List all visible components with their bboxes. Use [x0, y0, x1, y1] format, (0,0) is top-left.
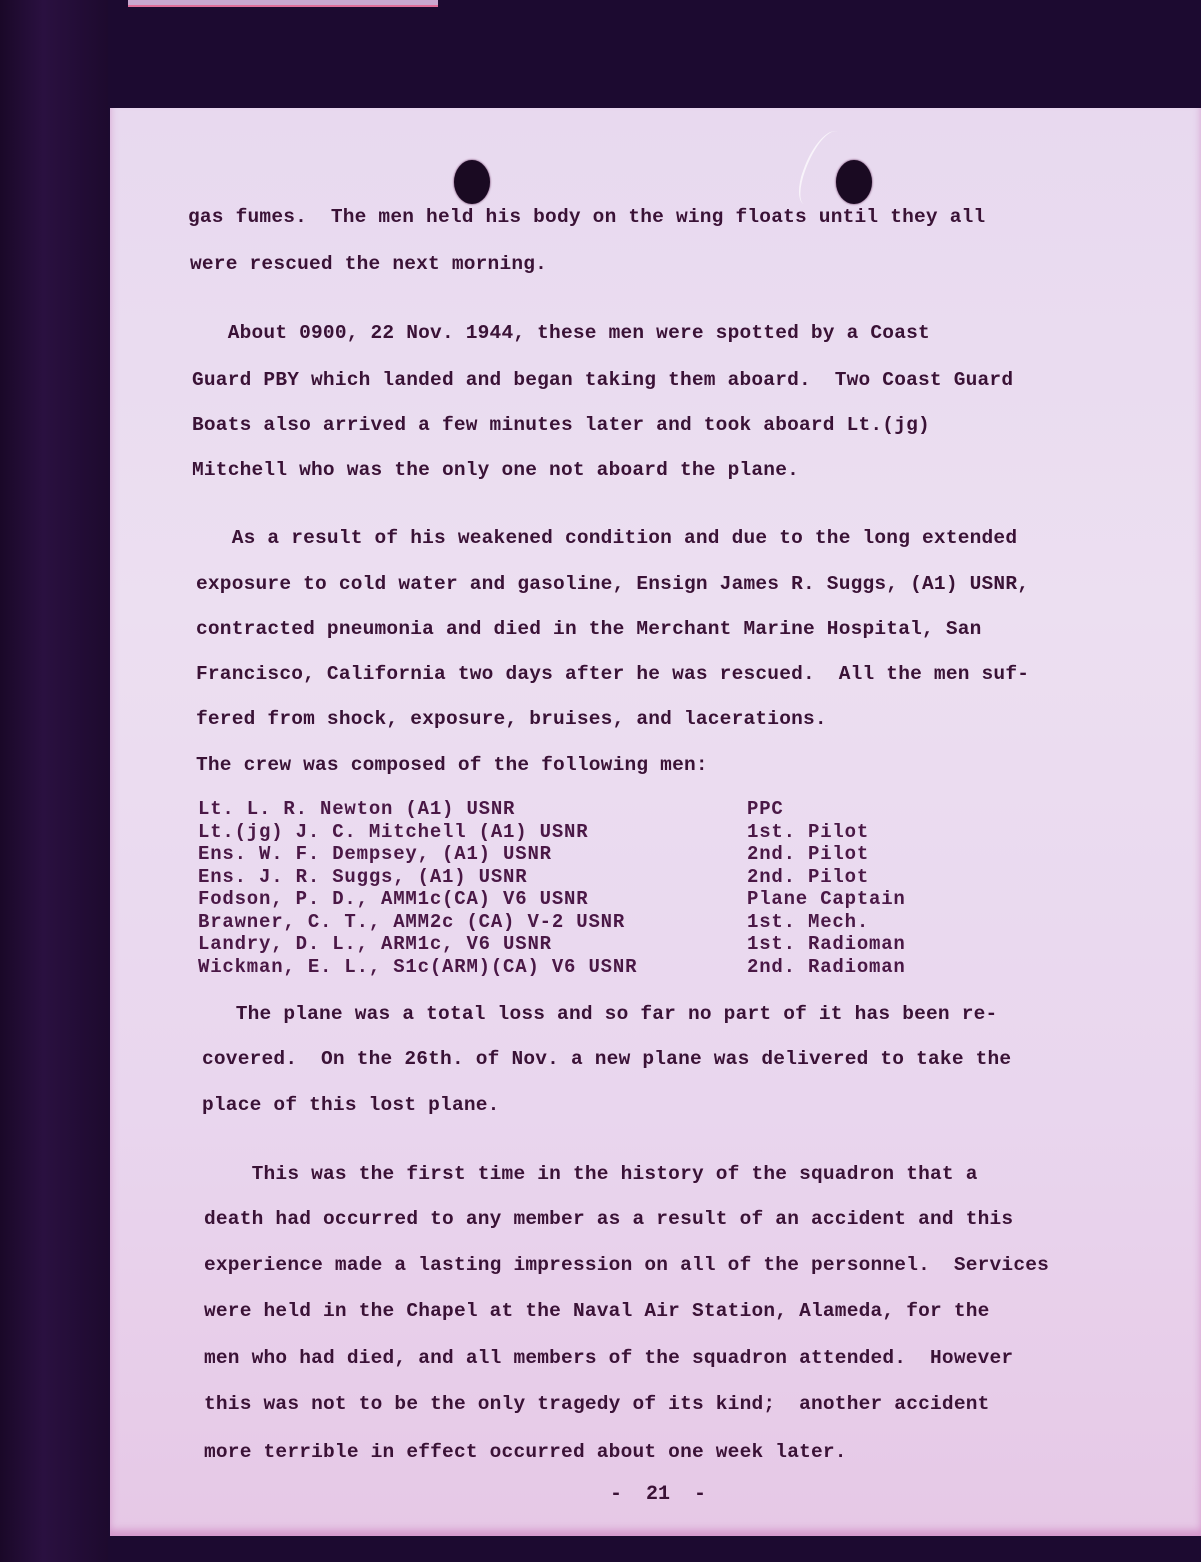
text-line: covered. On the 26th. of Nov. a new plan…	[202, 1048, 1011, 1070]
crew-role: 2nd. Pilot	[747, 843, 869, 866]
crew-role: 2nd. Pilot	[747, 866, 869, 889]
text-line: Mitchell who was the only one not aboard…	[192, 459, 799, 481]
text-line: men who had died, and all members of the…	[204, 1347, 1013, 1369]
text-line: death had occurred to any member as a re…	[204, 1208, 1013, 1230]
film-edge-strip	[128, 0, 438, 7]
crew-role: 1st. Radioman	[747, 933, 906, 956]
text-line: experience made a lasting impression on …	[204, 1254, 1049, 1276]
crew-name: Brawner, C. T., AMM2c (CA) V-2 USNR	[198, 911, 625, 934]
text-line: Guard PBY which landed and began taking …	[192, 369, 1013, 391]
text-line: were held in the Chapel at the Naval Air…	[204, 1300, 990, 1322]
text-line: were rescued the next morning.	[190, 253, 547, 275]
crew-role: 1st. Pilot	[747, 821, 869, 844]
text-line: Francisco, California two days after he …	[196, 663, 1029, 685]
text-line: contracted pneumonia and died in the Mer…	[196, 618, 982, 640]
crew-name: Lt. L. R. Newton (A1) USNR	[198, 798, 515, 821]
text-line: fered from shock, exposure, bruises, and…	[196, 708, 827, 730]
punch-hole-left	[454, 160, 490, 204]
crew-name: Lt.(jg) J. C. Mitchell (A1) USNR	[198, 821, 588, 844]
body-text: gas fumes. The men held his body on the …	[110, 108, 158, 680]
crew-role: 1st. Mech.	[747, 911, 869, 934]
text-line: this was not to be the only tragedy of i…	[204, 1393, 990, 1415]
page-number: - 21 -	[610, 1483, 706, 1506]
film-border	[0, 0, 108, 1562]
text-line: The plane was a total loss and so far no…	[200, 1003, 997, 1025]
crew-name: Landry, D. L., ARM1c, V6 USNR	[198, 933, 552, 956]
punch-hole-right	[836, 160, 872, 204]
text-line: Boats also arrived a few minutes later a…	[192, 414, 930, 436]
text-line: more terrible in effect occurred about o…	[204, 1441, 847, 1463]
document-page: gas fumes. The men held his body on the …	[110, 108, 1201, 1536]
crew-name: Ens. W. F. Dempsey, (A1) USNR	[198, 843, 552, 866]
crew-name: Wickman, E. L., S1c(ARM)(CA) V6 USNR	[198, 956, 637, 979]
text-line: About 0900, 22 Nov. 1944, these men were…	[192, 322, 930, 344]
crew-name: Fodson, P. D., AMM1c(CA) V6 USNR	[198, 888, 588, 911]
text-line: The crew was composed of the following m…	[196, 754, 708, 776]
crew-role: Plane Captain	[747, 888, 906, 911]
text-line: This was the first time in the history o…	[204, 1163, 978, 1185]
text-line: gas fumes. The men held his body on the …	[188, 206, 985, 228]
text-line: exposure to cold water and gasoline, Ens…	[196, 573, 1029, 595]
text-line: place of this lost plane.	[202, 1094, 500, 1116]
crew-name: Ens. J. R. Suggs, (A1) USNR	[198, 866, 527, 889]
crew-role: 2nd. Radioman	[747, 956, 906, 979]
text-line: As a result of his weakened condition an…	[196, 527, 1017, 549]
crew-role: PPC	[747, 798, 784, 821]
